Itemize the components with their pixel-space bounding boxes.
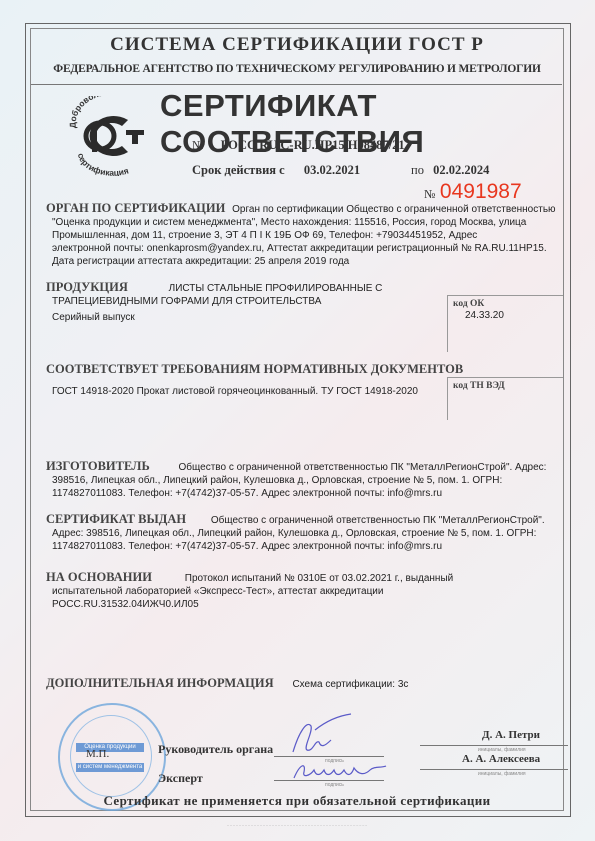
manufacturer-line: 398516, Липецкая обл., Липецкий район, К… — [52, 474, 566, 487]
footer-note: Сертификат не применяется при обязательн… — [30, 793, 564, 809]
code-tn-label: код ТН ВЭД — [453, 381, 563, 391]
product-series: Серийный выпуск — [52, 311, 426, 324]
manufacturer-line: 1174827011083. Телефон: +7(4742)37-05-57… — [52, 487, 566, 500]
code-tn-box: код ТН ВЭД — [447, 377, 563, 420]
code-ok-box: код ОК 24.33.20 — [447, 295, 563, 352]
issued-to-line: Адрес: 398516, Липецкая обл., Липецкий р… — [52, 527, 566, 540]
product-line: ЛИСТЫ СТАЛЬНЫЕ ПРОФИЛИРОВАННЫЕ С — [169, 283, 383, 294]
certification-scheme: Схема сертификации: 3с — [292, 679, 408, 690]
system-title: СИСТЕМА СЕРТИФИКАЦИИ ГОСТ Р — [30, 34, 564, 56]
manufacturer-section: ИЗГОТОВИТЕЛЬ Общество с ограниченной отв… — [46, 460, 566, 500]
header-divider — [31, 84, 562, 85]
valid-to-row: по 02.02.2024 — [411, 163, 489, 178]
valid-to: 02.02.2024 — [433, 163, 489, 177]
certification-body-heading: ОРГАН ПО СЕРТИФИКАЦИИ — [46, 201, 225, 215]
head-name: Д. А. Петри — [482, 729, 540, 741]
issued-to-section: СЕРТИФИКАТ ВЫДАН Общество с ограниченной… — [46, 513, 566, 553]
valid-from: 03.02.2021 — [304, 163, 360, 177]
product-heading: ПРОДУКЦИЯ — [46, 280, 128, 294]
certificate-number-row: № РОСС RU С-RU.НР15.Н08487/21 — [192, 138, 405, 153]
certification-body-line: электронной почты: onenkaprosm@yandex.ru… — [52, 242, 566, 255]
manufacturer-line: Общество с ограниченной ответственностью… — [179, 462, 547, 473]
certification-body-line: Орган по сертификации Общество с огранич… — [232, 204, 555, 215]
product-section: ПРОДУКЦИЯ ЛИСТЫ СТАЛЬНЫЕ ПРОФИЛИРОВАННЫЕ… — [46, 281, 426, 324]
compliance-heading: СООТВЕТСТВУЕТ ТРЕБОВАНИЯМ НОРМАТИВНЫХ ДО… — [46, 362, 463, 377]
issued-to-heading: СЕРТИФИКАТ ВЫДАН — [46, 512, 186, 526]
expert-name-line — [420, 769, 568, 770]
svg-text:сертификация: сертификация — [76, 152, 130, 176]
printer-imprint: ········································… — [30, 823, 564, 828]
additional-section: ДОПОЛНИТЕЛЬНАЯ ИНФОРМАЦИЯ Схема сертифик… — [46, 677, 408, 691]
compliance-text: ГОСТ 14918-2020 Прокат листовой горячеоц… — [52, 385, 418, 398]
rst-logo-icon: Добровольная сертификация — [62, 96, 158, 176]
basis-line: испытательной лабораторией «Экспресс-Тес… — [52, 585, 566, 598]
additional-heading: ДОПОЛНИТЕЛЬНАЯ ИНФОРМАЦИЯ — [46, 676, 274, 690]
basis-line: Протокол испытаний № 0310Е от 03.02.2021… — [185, 573, 453, 584]
head-name-line — [420, 745, 568, 746]
code-ok-label: код ОК — [453, 299, 563, 309]
expert-name-caption: инициалы, фамилия — [478, 771, 526, 777]
certification-body-line: Дата регистрации аттестата аккредитации:… — [52, 255, 566, 268]
issued-to-line: Общество с ограниченной ответственностью… — [211, 515, 545, 526]
manufacturer-heading: ИЗГОТОВИТЕЛЬ — [46, 459, 150, 473]
certificate-number: РОСС RU С-RU.НР15.Н08487/21 — [221, 138, 405, 152]
basis-section: НА ОСНОВАНИИ Протокол испытаний № 0310Е … — [46, 571, 566, 611]
product-line: ТРАПЕЦИЕВИДНЫМИ ГОФРАМИ ДЛЯ СТРОИТЕЛЬСТВ… — [52, 295, 426, 308]
form-number-sign: № — [424, 187, 435, 201]
valid-to-label: по — [411, 163, 424, 177]
stamp-place-label: М.П. — [86, 748, 109, 760]
form-number-row: № 0491987 — [424, 180, 522, 204]
validity-row: Срок действия с 03.02.2021 — [192, 163, 360, 178]
head-label: Руководитель органа — [158, 742, 273, 757]
stamp-text: и систем менеджмента — [76, 763, 144, 772]
form-number: 0491987 — [440, 180, 522, 203]
basis-heading: НА ОСНОВАНИИ — [46, 570, 152, 584]
expert-signature-icon — [290, 758, 390, 784]
basis-line: РОСС.RU.31532.04ИЖЧ0.ИЛ05 — [52, 598, 566, 611]
validity-label: Срок действия с — [192, 163, 285, 177]
certification-body-section: ОРГАН ПО СЕРТИФИКАЦИИ Орган по сертифика… — [46, 202, 566, 268]
certification-body-line: "Оценка продукции и систем менеджмента",… — [52, 216, 566, 229]
expert-label: Эксперт — [158, 771, 203, 786]
expert-name: А. А. Алексеева — [462, 753, 540, 765]
number-sign: № — [192, 138, 203, 152]
rst-logo: Добровольная сертификация — [62, 96, 158, 176]
agency-title: ФЕДЕРАЛЬНОЕ АГЕНТСТВО ПО ТЕХНИЧЕСКОМУ РЕ… — [30, 63, 564, 75]
code-ok-value: 24.33.20 — [465, 309, 563, 322]
certification-body-line: Промышленная, дом 11, строение 3, ЭТ 4 П… — [52, 229, 566, 242]
issued-to-line: 1174827011083. Телефон: +7(4742)37-05-57… — [52, 540, 566, 553]
head-signature-icon — [285, 712, 355, 757]
